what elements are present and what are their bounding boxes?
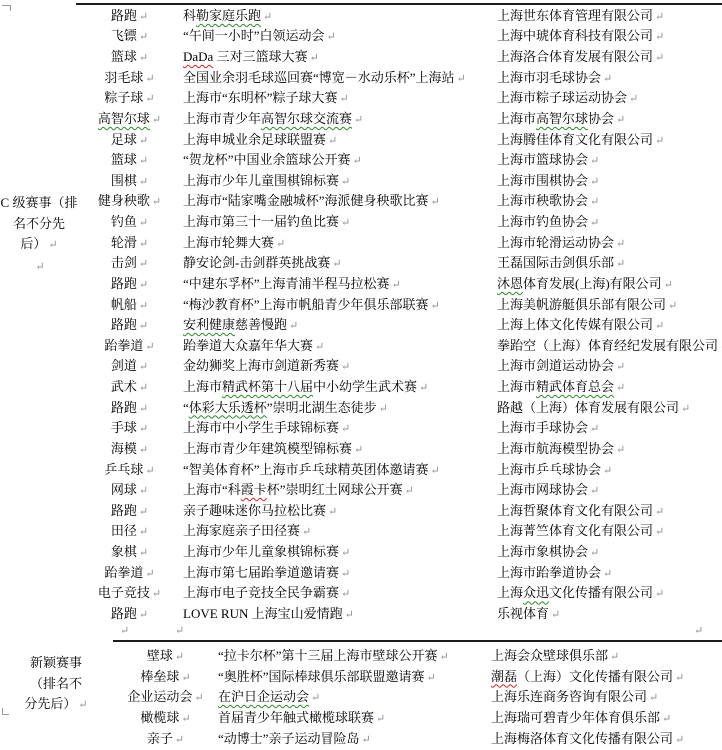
organizer-cell: 上海市篮球协会↵ — [497, 149, 722, 168]
sport-kind-text: 击剑 — [111, 255, 137, 270]
organizer-cell: 上海市围棋协会↵ — [497, 170, 722, 189]
table-row: 篮球↵ DaDa 三对三篮球大赛↵ 上海洛合体育发展有限公司↵ — [0, 45, 722, 66]
spellcheck-underline: 在沪日企运动会 — [218, 689, 309, 704]
event-name-cell: “奥胜杯”国际棒球俱乐部联盟邀请赛↵ — [218, 666, 491, 685]
organizer-cell: 王磊国际击剑俱乐部↵ — [497, 252, 722, 271]
event-name-text: 上海市精武杯第十八届中小幼学生武术赛 — [183, 379, 417, 394]
sport-kind-cell: 篮球↵ — [76, 46, 183, 65]
sport-kind-text: 健身秧歌 — [98, 193, 150, 208]
event-name-cell: 上海市少年儿童围棋锦标赛↵ — [183, 170, 497, 189]
paragraph-mark: ↵ — [48, 239, 57, 251]
sport-kind-cell: 手球↵ — [76, 417, 183, 436]
event-name-cell: “智美体育杯”上海市乒乓球精英团体邀请赛↵ — [183, 459, 497, 478]
event-name-text: DaDa 三对三篮球大赛 — [183, 49, 308, 64]
organizer-cell: 上海市精武体育总会↵ — [497, 376, 722, 395]
paragraph-mark: ↵ — [590, 217, 599, 229]
paragraph-mark: ↵ — [610, 651, 619, 663]
paragraph-mark: ↵ — [675, 672, 684, 684]
sport-kind-text: 象棋 — [111, 544, 137, 559]
paragraph-mark: ↵ — [340, 93, 349, 105]
paragraph-mark: ↵ — [78, 699, 87, 711]
event-name-cell: 上海家庭亲子田径赛↵ — [183, 520, 497, 539]
paragraph-mark: ↵ — [341, 361, 350, 373]
paragraph-mark: ↵ — [120, 621, 129, 641]
sport-kind-text: 手球 — [111, 420, 137, 435]
paragraph-mark: ↵ — [354, 444, 363, 456]
table-row: 手球↵ 上海市中小学生手球锦标赛↵ 上海市手球协会↵ — [0, 417, 722, 438]
paragraph-mark: ↵ — [152, 588, 161, 600]
organizer-cell: 潮磊（上海）文化传播有限公司↵ — [491, 666, 722, 685]
event-name-cell: 全国业余羽毛球巡回赛“博宽－水动乐杯”上海站↵ — [183, 67, 497, 86]
sport-kind-cell: 路跑↵ — [76, 500, 183, 519]
paragraph-mark: ↵ — [139, 361, 148, 373]
event-name-cell: DaDa 三对三篮球大赛↵ — [183, 46, 497, 65]
spellcheck-underline: 霞卡 — [241, 482, 267, 497]
table-row: 象棋↵ 上海市少年儿童象棋锦标赛↵ 上海市象棋协会↵ — [0, 540, 722, 561]
organizer-cell: 上海众迅文化传播有限公司↵ — [497, 582, 722, 601]
organizer-text: 上海市航海模型协会 — [497, 441, 614, 456]
paragraph-mark: ↵ — [289, 320, 298, 332]
sport-kind-cell: 乒乓球↵ — [76, 459, 183, 478]
paragraph-mark: ↵ — [263, 11, 272, 23]
event-name-cell: 上海市精武杯第十八届中小幼学生武术赛↵ — [183, 376, 497, 395]
paragraph-mark: ↵ — [376, 713, 385, 725]
organizer-cell: 上海市航海模型协会↵ — [497, 438, 722, 457]
organizer-text: 上海菁竺体育文化有限公司 — [497, 523, 653, 538]
sport-kind-cell: 足球↵ — [76, 129, 183, 148]
event-name-text: 上海市电子竞技全民争霸赛 — [183, 585, 339, 600]
table-row: 路跑↵ “体彩大乐透杯”崇明北湖生态徒步↵ 路越（上海）体育发展有限公司↵ — [0, 396, 722, 417]
paragraph-mark: ↵ — [139, 300, 148, 312]
table-row: 乒乓球↵ “智美体育杯”上海市乒乓球精英团体邀请赛↵ 上海市乒乓球协会↵ — [0, 458, 722, 479]
paragraph-mark: ↵ — [603, 568, 612, 580]
table-row: 健身秧歌↵ 上海市“陆家嘴金融城杯”海派健身秧歌比赛↵ 上海市秧歌协会↵ — [0, 190, 722, 211]
event-name-text: 上海市第三十一届钓鱼比赛 — [183, 214, 339, 229]
event-name-text: 全国业余羽毛球巡回赛“博宽－水动乐杯”上海站 — [183, 70, 455, 85]
table-row: 海模↵ 上海市青少年建筑模型锦标赛↵ 上海市航海模型协会↵ — [0, 437, 722, 458]
organizer-text: 上海乐连商务咨询有限公司 — [491, 689, 647, 704]
sport-kind-text: 粽子球 — [104, 90, 143, 105]
event-name-text: “智美体育杯”上海市乒乓球精英团体邀请赛 — [183, 462, 429, 477]
organizer-cell: 路越（上海）体育发展有限公司↵ — [497, 397, 722, 416]
event-name-cell: “拉卡尔杯”第十三届上海市壁球公开赛↵ — [218, 645, 491, 664]
sport-kind-cell: 路跑↵ — [76, 397, 183, 416]
organizer-text: 上海美帆游艇俱乐部有限公司 — [497, 297, 666, 312]
table-row: 篮球↵ “贺龙杯”中国业余篮球公开赛↵ 上海市篮球协会↵ — [0, 148, 722, 169]
event-name-text: 静安论剑-击剑群英挑战赛 — [183, 255, 330, 270]
paragraph-mark: ↵ — [139, 444, 148, 456]
c-level-events-table: 路跑↵ 科勒家庭乐跑↵ 上海世东体育管理有限公司↵ 飞镖↵ “午间一小时”白领运… — [0, 4, 722, 623]
event-name-cell: 上海市少年儿童象棋锦标赛↵ — [183, 541, 497, 560]
sport-kind-text: 壁球 — [147, 648, 173, 663]
sport-kind-text: 亲子 — [147, 731, 173, 746]
event-name-text: 上海市青少年建筑模型锦标赛 — [183, 441, 352, 456]
organizer-text: 上海市跆拳道协会 — [497, 565, 601, 580]
novel-events-row-label: 新颖赛事 （排名不 分先后）↵ — [0, 653, 112, 716]
sport-kind-cell: 羽毛球↵ — [76, 67, 183, 86]
sport-kind-cell: 电子竞技↵ — [76, 582, 183, 601]
organizer-text: 乐视体育 — [497, 606, 549, 621]
paragraph-mark: ↵ — [419, 382, 428, 394]
sport-kind-cell: 武术↵ — [76, 376, 183, 395]
table-row: 电子竞技↵ 上海市电子竞技全民争霸赛↵ 上海众迅文化传播有限公司↵ — [0, 582, 722, 603]
event-name-text: 上海市“东明杯”粽子球大赛 — [183, 90, 338, 105]
event-name-text: 上海市“陆家嘴金融城杯”海派健身秧歌比赛 — [183, 193, 429, 208]
paragraph-mark: ↵ — [139, 238, 148, 250]
table-row: 轮滑↵ 上海市轮舞大赛↵ 上海市轮滑运动协会↵ — [0, 231, 722, 252]
organizer-text: 沐恩体育发展(上海)有限公司 — [497, 276, 662, 291]
spellcheck-underline: 安利健康 — [183, 317, 235, 332]
event-name-cell: 上海市青少年高智尔球交流赛↵ — [183, 108, 497, 127]
event-name-text: 上海市少年儿童象棋锦标赛 — [183, 544, 339, 559]
table-row: 路跑↵ 亲子趣味迷你马拉松比赛↵ 上海哲聚体育文化有限公司↵ — [0, 499, 722, 520]
sport-kind-text: 电子竞技 — [98, 585, 150, 600]
paragraph-mark: ↵ — [379, 403, 388, 415]
event-name-cell: 在沪日企运动会↵ — [218, 686, 491, 705]
sport-kind-cell: 健身秧歌↵ — [76, 190, 183, 209]
event-name-text: 首届青少年触式橄榄球联赛 — [218, 710, 374, 725]
paragraph-mark: ↵ — [139, 320, 148, 332]
paragraph-mark: ↵ — [139, 382, 148, 394]
table-row: 路跑↵ “中建东孚杯”上海青浦半程马拉松赛↵ 沐恩体育发展(上海)有限公司↵ — [0, 272, 722, 293]
sport-kind-cell: 路跑↵ — [76, 273, 183, 292]
table-row: 击剑↵ 静安论剑-击剑群英挑战赛↵ 王磊国际击剑俱乐部↵ — [0, 252, 722, 273]
row-label-line: 后）↵ — [0, 234, 78, 256]
paragraph-mark: ↵ — [551, 609, 560, 621]
paragraph-mark: ↵ — [332, 258, 341, 270]
paragraph-mark: ↵ — [139, 135, 148, 147]
event-name-text: 跆拳道大众嘉年华大赛 — [183, 338, 313, 353]
paragraph-mark: ↵ — [139, 258, 148, 270]
organizer-cell: 上海哲聚体育文化有限公司↵ — [497, 500, 722, 519]
organizer-cell: 上海中琥体育科技有限公司↵ — [497, 25, 722, 44]
table-row: 粽子球↵ 上海市“东明杯”粽子球大赛↵ 上海市粽子球运动协会↵ — [0, 87, 722, 108]
paragraph-mark: ↵ — [431, 300, 440, 312]
organizer-text: 上海市象棋协会 — [497, 544, 588, 559]
organizer-cell: 上海洛合体育发展有限公司↵ — [497, 46, 722, 65]
organizer-cell: 上海市羽毛球协会↵ — [497, 67, 722, 86]
sport-kind-text: 篮球 — [111, 152, 137, 167]
event-name-cell: 首届青少年触式橄榄球联赛↵ — [218, 707, 491, 726]
organizer-text: 上海市网球协会 — [497, 482, 588, 497]
event-name-text: “梅沙教育杯”上海市帆船青少年俱乐部联赛 — [183, 297, 429, 312]
event-name-text: 上海市轮舞大赛 — [183, 235, 274, 250]
sport-kind-cell: 路跑↵ — [76, 314, 183, 333]
paragraph-mark: ↵ — [175, 651, 184, 663]
paragraph-mark: ↵ — [341, 217, 350, 229]
event-name-cell: 静安论剑-击剑群英挑战赛↵ — [183, 252, 497, 271]
sport-kind-text: 路跑 — [111, 317, 137, 332]
paragraph-mark: ↵ — [341, 547, 350, 559]
organizer-text: 上海瑞可碧青少年体育俱乐部 — [491, 710, 660, 725]
paragraph-mark: ↵ — [354, 114, 363, 126]
paragraph-mark: ↵ — [302, 526, 311, 538]
event-name-cell: 上海市中小学生手球锦标赛↵ — [183, 417, 497, 436]
spellcheck-underline: 沐恩 — [497, 276, 523, 291]
table-row: 路跑↵ 安利健康慈善慢跑↵ 上海上体文化传媒有限公司↵ — [0, 313, 722, 334]
sport-kind-cell: 轮滑↵ — [76, 232, 183, 251]
event-name-text: 上海家庭亲子田径赛 — [183, 523, 300, 538]
paragraph-mark: ↵ — [655, 506, 664, 518]
event-name-cell: 科勒家庭乐跑↵ — [183, 5, 497, 24]
sport-kind-cell: 田径↵ — [76, 520, 183, 539]
paragraph-mark: ↵ — [616, 114, 625, 126]
paragraph-mark: ↵ — [655, 11, 664, 23]
paragraph-mark: ↵ — [655, 526, 664, 538]
event-name-cell: “中建东孚杯”上海青浦半程马拉松赛↵ — [183, 273, 497, 292]
event-name-cell: 上海市电子竞技全民争霸赛↵ — [183, 582, 497, 601]
table-row: 羽毛球↵ 全国业余羽毛球巡回赛“博宽－水动乐杯”上海站↵ 上海市羽毛球协会↵ — [0, 66, 722, 87]
paragraph-mark: ↵ — [440, 651, 449, 663]
sport-kind-cell: 橄榄球↵ — [113, 707, 218, 726]
event-name-cell: 上海市第三十一届钓鱼比赛↵ — [183, 211, 497, 230]
sport-kind-cell: 帆船↵ — [76, 294, 183, 313]
event-name-text: 上海市第七届跆拳道邀请赛 — [183, 565, 339, 580]
event-name-text: 安利健康慈善慢跑 — [183, 317, 287, 332]
organizer-text: 上海中琥体育科技有限公司 — [497, 28, 653, 43]
event-name-text: 金幼狮奖上海市剑道新秀赛 — [183, 358, 339, 373]
organizer-text: 上海梅洛体育文化传播有限公司 — [491, 731, 673, 746]
sport-kind-text: 跆拳道 — [104, 338, 143, 353]
paragraph-mark: ↵ — [175, 734, 184, 746]
spellcheck-underline: 高智尔球 — [536, 111, 588, 126]
organizer-text: 上海市轮滑运动协会 — [497, 235, 614, 250]
paragraph-mark: ↵ — [431, 465, 440, 477]
organizer-cell: 上海市秧歌协会↵ — [497, 190, 722, 209]
event-name-cell: 跆拳道大众嘉年华大赛↵ — [183, 335, 497, 354]
organizer-cell: 上海市轮滑运动协会↵ — [497, 232, 722, 251]
organizer-cell: 上海菁竺体育文化有限公司↵ — [497, 520, 722, 539]
paragraph-mark: ↵ — [175, 621, 184, 641]
sport-kind-text: 橄榄球 — [140, 710, 179, 725]
paragraph-mark: ↵ — [694, 621, 703, 641]
paragraph-mark: ↵ — [392, 279, 401, 291]
sport-kind-text: 篮球 — [111, 49, 137, 64]
organizer-cell: 上海梅洛体育文化传播有限公司↵ — [491, 728, 722, 747]
event-name-cell: “动博士”亲子运动冒险岛↵ — [218, 728, 491, 747]
paragraph-mark: ↵ — [675, 734, 684, 746]
sport-kind-cell: 企业运动会↵ — [113, 686, 218, 705]
sport-kind-cell: 高智尔球↵ — [76, 108, 183, 127]
organizer-text: 上海市精武体育总会 — [497, 379, 614, 394]
paragraph-mark: ↵ — [181, 672, 190, 684]
sport-kind-cell: 海模↵ — [76, 438, 183, 457]
organizer-text: 上海市篮球协会 — [497, 152, 588, 167]
organizer-cell: 乐视体育↵ — [497, 603, 722, 622]
spellcheck-underline: 潮磊 — [491, 669, 517, 684]
event-name-text: “贺龙杯”中国业余篮球公开赛 — [183, 152, 351, 167]
paragraph-mark: ↵ — [662, 713, 671, 725]
row-label-line: C 级赛事（排 — [0, 193, 78, 214]
sport-kind-text: 路跑 — [111, 8, 137, 23]
paragraph-mark: ↵ — [655, 320, 664, 332]
organizer-text: 王磊国际击剑俱乐部 — [497, 255, 614, 270]
organizer-cell: 上海市手球协会↵ — [497, 417, 722, 436]
table-row: 网球↵ 上海市“科霞卡杯”崇明红土网球公开赛↵ 上海市网球协会↵ — [0, 478, 722, 499]
event-name-text: LOVE RUN 上海宝山爱情跑 — [183, 606, 343, 621]
organizer-text: 上海市围棋协会 — [497, 173, 588, 188]
paragraph-mark: ↵ — [616, 238, 625, 250]
event-name-text: 亲子趣味迷你马拉松比赛 — [183, 503, 326, 518]
sport-kind-cell: 粽子球↵ — [76, 87, 183, 106]
organizer-text: 路越（上海）体育发展有限公司 — [497, 400, 679, 415]
table-row: 高智尔球↵ 上海市青少年高智尔球交流赛↵ 上海市高智尔球协会↵ — [0, 107, 722, 128]
organizer-text: 上海腾佳体育文化有限公司 — [497, 132, 653, 147]
sport-kind-cell: 跆拳道↵ — [76, 562, 183, 581]
paragraph-mark: ↵ — [152, 114, 161, 126]
spellcheck-underline: 勒家庭乐跑 — [196, 8, 261, 23]
paragraph-mark: ↵ — [139, 506, 148, 518]
spellcheck-underline: 高智尔球交流赛 — [261, 111, 352, 126]
sport-kind-cell: 跆拳道↵ — [76, 335, 183, 354]
sport-kind-cell: 棒垒球↵ — [113, 666, 218, 685]
event-name-text: 科勒家庭乐跑 — [183, 8, 261, 23]
organizer-text: 上海众迅文化传播有限公司 — [497, 585, 653, 600]
table-row: 跆拳道↵ 上海市第七届跆拳道邀请赛↵ 上海市跆拳道协会↵ — [0, 561, 722, 582]
paragraph-mark: ↵ — [152, 196, 161, 208]
table-row: 田径↵ 上海家庭亲子田径赛↵ 上海菁竺体育文化有限公司↵ — [0, 520, 722, 541]
paragraph-mark: ↵ — [139, 403, 148, 415]
paragraph-mark: ↵ — [194, 692, 203, 704]
paragraph-mark: ↵ — [681, 403, 690, 415]
sport-kind-text: 围棋 — [111, 173, 137, 188]
row-label-line: 分先后）↵ — [0, 694, 112, 716]
paragraph-mark: ↵ — [139, 11, 148, 23]
spellcheck-underline: 精武体育总会 — [536, 379, 614, 394]
paragraph-mark: ↵ — [664, 279, 673, 291]
table-row: 跆拳道↵ 跆拳道大众嘉年华大赛↵ 拳跆空（上海）体育经纪发展有限公司↵ — [0, 334, 722, 355]
sport-kind-cell: 击剑↵ — [76, 252, 183, 271]
paragraph-mark: ↵ — [139, 609, 148, 621]
sport-kind-text: 棒垒球 — [140, 669, 179, 684]
organizer-text: 拳跆空（上海）体育经纪发展有限公司 — [497, 338, 718, 353]
organizer-cell: 上海市象棋协会↵ — [497, 541, 722, 560]
organizer-text: 上海市羽毛球协会 — [497, 70, 601, 85]
spellcheck-underline: 精武杯第十八届 — [222, 379, 313, 394]
sport-kind-cell: 亲子↵ — [113, 728, 218, 747]
paragraph-mark: ↵ — [276, 238, 285, 250]
paragraph-mark: ↵ — [181, 713, 190, 725]
organizer-text: 上海市钓鱼协会 — [497, 214, 588, 229]
event-name-cell: 金幼狮奖上海市剑道新秀赛↵ — [183, 355, 497, 374]
paragraph-mark: ↵ — [590, 547, 599, 559]
event-name-text: 上海申城业余足球联盟赛 — [183, 132, 326, 147]
row-label-line: 名不分先 — [0, 214, 78, 235]
sport-kind-text: 武术 — [111, 379, 137, 394]
event-name-text: “奥胜杯”国际棒球俱乐部联盟邀请赛 — [218, 669, 425, 684]
event-name-cell: “贺龙杯”中国业余篮球公开赛↵ — [183, 149, 497, 168]
sport-kind-cell: 篮球↵ — [76, 149, 183, 168]
event-name-text: “午间一小时”白领运动会 — [183, 28, 325, 43]
sport-kind-text: 企业运动会 — [127, 689, 192, 704]
sport-kind-cell: 壁球↵ — [113, 645, 218, 664]
sport-kind-text: 路跑 — [111, 276, 137, 291]
organizer-cell: 上海市钓鱼协会↵ — [497, 211, 722, 230]
paragraph-mark: ↵ — [603, 465, 612, 477]
organizer-text: 上海市高智尔球协会 — [497, 111, 614, 126]
organizer-cell: 上海市剑道运动协会↵ — [497, 355, 722, 374]
paragraph-mark: ↵ — [327, 31, 336, 43]
event-name-cell: 上海市青少年建筑模型锦标赛↵ — [183, 438, 497, 457]
sport-kind-cell: 围棋↵ — [76, 170, 183, 189]
event-name-text: “体彩大乐透杯”崇明北湖生态徒步 — [183, 400, 377, 415]
section-divider-border — [113, 640, 722, 642]
event-name-cell: “梅沙教育杯”上海市帆船青少年俱乐部联赛↵ — [183, 294, 497, 313]
paragraph-mark: ↵ — [616, 382, 625, 394]
sport-kind-text: 钓鱼 — [111, 214, 137, 229]
spellcheck-underline: 众迅 — [523, 585, 549, 600]
paragraph-mark: ↵ — [139, 423, 148, 435]
row-label-line: （排名不 — [0, 674, 112, 695]
paragraph-mark: ↵ — [655, 135, 664, 147]
organizer-text: 上海市秧歌协会 — [497, 193, 588, 208]
table-row: 武术↵ 上海市精武杯第十八届中小幼学生武术赛↵ 上海市精武体育总会↵ — [0, 375, 722, 396]
event-name-cell: 上海申城业余足球联盟赛↵ — [183, 129, 497, 148]
organizer-cell: 上海美帆游艇俱乐部有限公司↵ — [497, 294, 722, 313]
sport-kind-text: 帆船 — [111, 297, 137, 312]
sport-kind-text: 轮滑 — [111, 235, 137, 250]
organizer-cell: 沐恩体育发展(上海)有限公司↵ — [497, 273, 722, 292]
paragraph-mark: ↵ — [145, 93, 154, 105]
event-name-text: 在沪日企运动会 — [218, 689, 309, 704]
event-name-text: “中建东孚杯”上海青浦半程马拉松赛 — [183, 276, 390, 291]
organizer-cell: 上海市乒乓球协会↵ — [497, 459, 722, 478]
event-name-cell: 上海市“科霞卡杯”崇明红土网球公开赛↵ — [183, 479, 497, 498]
sport-kind-text: 海模 — [111, 441, 137, 456]
organizer-text: 上海市手球协会 — [497, 420, 588, 435]
paragraph-mark: ↵ — [457, 73, 466, 85]
sport-kind-cell: 网球↵ — [76, 479, 183, 498]
row-label-line: 新颖赛事 — [0, 653, 112, 674]
event-name-cell: 亲子趣味迷你马拉松比赛↵ — [183, 500, 497, 519]
table-row: 围棋↵ 上海市少年儿童围棋锦标赛↵ 上海市围棋协会↵ — [0, 169, 722, 190]
event-name-text: 上海市“科霞卡杯”崇明红土网球公开赛 — [183, 482, 403, 497]
paragraph-mark: ↵ — [139, 217, 148, 229]
paragraph-mark: ↵ — [649, 692, 658, 704]
paragraph-mark: ↵ — [139, 176, 148, 188]
paragraph-mark: ↵ — [341, 423, 350, 435]
event-name-cell: “午间一小时”白领运动会↵ — [183, 25, 497, 44]
paragraph-mark: ↵ — [139, 526, 148, 538]
paragraph-mark: ↵ — [145, 341, 154, 353]
organizer-cell: 拳跆空（上海）体育经纪发展有限公司↵ — [497, 335, 722, 354]
paragraph-mark: ↵ — [139, 485, 148, 497]
organizer-cell: 上海上体文化传媒有限公司↵ — [497, 314, 722, 333]
paragraph-mark: ↵ — [139, 31, 148, 43]
sport-kind-text: 路跑 — [111, 606, 137, 621]
table-row: 足球↵ 上海申城业余足球联盟赛↵ 上海腾佳体育文化有限公司↵ — [0, 128, 722, 149]
paragraph-mark: ↵ — [590, 485, 599, 497]
event-name-cell: LOVE RUN 上海宝山爱情跑↵ — [183, 603, 497, 622]
sport-kind-text: 羽毛球 — [104, 70, 143, 85]
paragraph-mark: ↵ — [431, 196, 440, 208]
event-name-cell: “体彩大乐透杯”崇明北湖生态徒步↵ — [183, 397, 497, 416]
paragraph-mark: ↵ — [328, 135, 337, 147]
table-row: 帆船↵ “梅沙教育杯”上海市帆船青少年俱乐部联赛↵ 上海美帆游艇俱乐部有限公司↵ — [0, 293, 722, 314]
sport-kind-cell: 飞镖↵ — [76, 25, 183, 44]
paragraph-mark: ↵ — [139, 155, 148, 167]
sport-kind-cell: 路跑↵ — [76, 603, 183, 622]
paragraph-mark: ↵ — [341, 588, 350, 600]
paragraph-mark: ↵ — [310, 52, 319, 64]
paragraph-mark: ↵ — [353, 155, 362, 167]
sport-kind-text: 路跑 — [111, 503, 137, 518]
paragraph-mark: ↵ — [139, 279, 148, 291]
organizer-text: 上海市乒乓球协会 — [497, 462, 601, 477]
paragraph-mark: ↵ — [668, 300, 677, 312]
paragraph-mark: ↵ — [145, 568, 154, 580]
paragraph-mark: ↵ — [590, 155, 599, 167]
